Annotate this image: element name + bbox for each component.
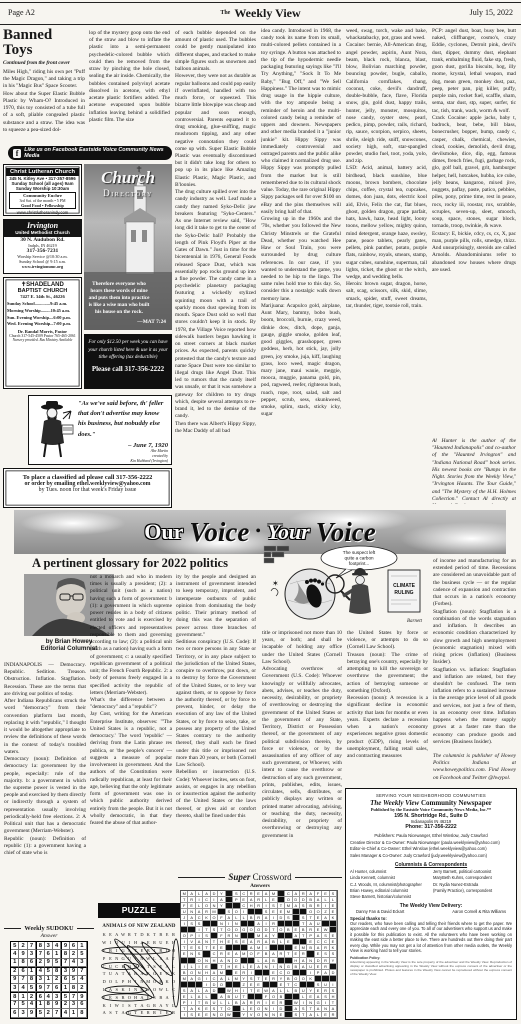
masthead-columnists-header: Columnists & Correspondents [350, 862, 512, 868]
listing-offer-line: For only $12.50 per week you can have [88, 339, 168, 347]
wordsearch-answer-block: ANIMALS OF NEW ZEALAND KEAWRTDKTBERWIOUI… [98, 924, 180, 1017]
columnists-right: Jerry Barnett, political cartoonistMaryB… [433, 869, 512, 901]
ad-abe-martin: "As we've said before, th' feller that d… [28, 395, 172, 465]
article-headline: Banned Toys [3, 28, 85, 58]
article-banned-toys-col6: PCP: angel dust, boat, busy bee, butt na… [432, 28, 516, 504]
delivery-left: Danny Fan & David Eckart [356, 909, 404, 914]
banner-your: Your [267, 519, 310, 545]
voice-text: of income and manufacturing for an exten… [433, 558, 516, 750]
sudoku-answer-block: Weekly SUDOKU Answer 5278349614937618251… [4, 925, 94, 1019]
facebook-icon: f [13, 149, 21, 158]
article-text: PCP: angel dust, boat, busy bee, butt na… [432, 28, 516, 436]
facebook-promo-label: Like us on Facebook Eastside Voice Commu… [24, 147, 167, 159]
ad-christ-lutheran: Christ Lutheran Church 345 N. Kitley Ave… [3, 164, 82, 216]
church-directory-title-caps: Directory [84, 188, 172, 198]
church-line: Sunday Worship 10:30am [6, 186, 79, 191]
church-subname: United Methodist Church [4, 230, 81, 235]
masthead-title-2: Community Newspaper [419, 799, 492, 807]
newspaper-nameplate: The Weekly View [0, 4, 521, 22]
author-note: Al Hunter is the author of the "Haunted … [432, 438, 516, 504]
crossword-title-rest: Crossword [253, 872, 292, 882]
sudoku-subtitle: Answer [4, 933, 94, 939]
sudoku-grid: 5278349614937618251862957432614583979783… [10, 941, 88, 1019]
ad-classified-info: To place a classified ad please call 317… [3, 468, 172, 508]
church-directory-title-script: Church [84, 168, 172, 188]
thanks-body: Our readers, who have been calling and t… [350, 921, 512, 954]
classified-line3: by Tues. noon for that week's Friday iss… [8, 487, 167, 493]
banner-dot: • [255, 523, 261, 541]
header-top-rule [0, 2, 521, 3]
svg-text:footprint...: footprint... [349, 561, 369, 566]
voice-col5: the United States by force or violence, … [347, 630, 428, 784]
classified-line1: To place a classified ad please call 317… [8, 474, 167, 481]
masthead-serving: SERVING YOUR NEIGHBORHOOD COMMUNITIES [350, 793, 512, 798]
church-address: 7427 E. 34th St., 46226 [7, 294, 78, 299]
voice-col4: title or imprisoned not more than 10 yea… [262, 630, 342, 866]
banner-voice-1: Voice [189, 517, 249, 548]
ad-church-listing-offer: For only $12.50 per week you can have yo… [84, 334, 172, 389]
crossword-grid: MALADYSCREAMCARAFESTRICIAPEARLEODDBALLFE… [180, 890, 338, 1019]
banner-our: Our [144, 519, 183, 545]
church-name: Irvington [4, 221, 81, 230]
voice-col1: INDIANAPOLIS — Democracy. Republic. Sedi… [4, 662, 86, 900]
newspaper-page: Page A2 The Weekly View July 15, 2022 Ba… [0, 0, 521, 1024]
crossword-title-super: Super [228, 872, 250, 882]
church-website: www.irvingtonumc.org [4, 264, 81, 269]
facebook-promo-bar: f Like us on Facebook Eastside Voice Com… [8, 146, 172, 160]
sudoku-title: Weekly SUDOKU [24, 925, 73, 932]
church-schedule: Sunday School..............9:45 a.m.Morn… [7, 301, 78, 328]
editorial-cartoon-image: ✶ The suspect left CLIMATE RULING Barnet… [262, 544, 428, 626]
article-banned-toys-col2: lop of the mystery goop onto the end of … [89, 30, 170, 142]
listing-offer-phone: Please call 317-356-2222 [88, 365, 168, 373]
church-directory-verse-ref: —MAT 7:24 [137, 319, 166, 325]
header-bottom-rule [0, 24, 521, 25]
article-continued-note: Continued from the front cover [3, 60, 85, 66]
article-banned-toys-col3: of each bubble depended on the amount of… [175, 30, 256, 504]
wordsearch-answer-circles [101, 931, 181, 1021]
masthead-box: SERVING YOUR NEIGHBORHOOD COMMUNITIES Th… [345, 788, 517, 1020]
church-directory-verse: Therefore everyone who hears these words… [88, 281, 150, 316]
voice-section-banner: Our Voice • Your Voice [14, 510, 506, 554]
abe-martin-credit: Kin Hubbard (Irvington) [78, 459, 168, 464]
svg-text:RULING: RULING [394, 590, 413, 596]
masthead-publishers: Publishers: Paula Nicewanger, Ethel Wins… [350, 833, 512, 838]
voice-col2: not a monarch and who in modern times is… [90, 574, 172, 900]
svg-text:The suspect left: The suspect left [343, 550, 376, 555]
issue-date: July 15, 2022 [470, 8, 513, 17]
cartoon-signature: Barnett [407, 619, 423, 624]
svg-text:CLIMATE: CLIMATE [393, 583, 416, 589]
svg-text:✶: ✶ [272, 579, 279, 588]
abe-martin-cartoon [32, 399, 74, 461]
columnist-tagline: The columnist is publisher of Howey Poli… [433, 753, 516, 789]
church-directory-graphic: Church Directory Therefore everyone who … [84, 164, 172, 330]
church-name: Christ Lutheran Church [6, 168, 79, 176]
nameplate-the: The [220, 10, 230, 16]
banner-voice-2: Voice [316, 517, 376, 548]
masthead-roles: Creative Director & Co-Owner: Paula Nice… [350, 840, 512, 859]
columnists-left: Al Hunter, columnistLinda Kennett, colum… [350, 869, 429, 901]
crossword-subtitle: Answers [178, 883, 342, 889]
editorial-cartoon: ✶ The suspect left CLIMATE RULING Barnet… [262, 544, 428, 626]
abe-martin-quote: "As we've said before, th' feller that d… [78, 399, 168, 440]
svg-text:quite a carbon: quite a carbon [344, 556, 374, 561]
church-website: www.christlutheranindy.com [6, 210, 79, 215]
ad-irvington-umc: Irvington United Methodist Church 30 N. … [3, 219, 82, 274]
wordsearch-title: ANIMALS OF NEW ZEALAND [98, 924, 180, 929]
masthead-title: The Weekly View [370, 799, 419, 807]
listing-offer-line: tithe offering (tax deductible) [88, 354, 168, 362]
church-note: Nursery provided. Bus Ministry Available [7, 338, 78, 342]
nameplate-title: Weekly View [234, 6, 300, 20]
voice-headline: A pertinent glossary for 2022 politics [0, 556, 260, 571]
ad-shadeland-baptist: ✝SHADELAND BAPTIST CHURCH 7427 E. 34th S… [3, 277, 82, 389]
listing-offer-line: your church listed here & use it as your [88, 347, 168, 355]
voice-col6: of income and manufacturing for an exten… [433, 558, 516, 789]
puzzle-answers-banner: PUZZLE ANSWERS [98, 903, 180, 918]
article-banned-toys-col5: weed, swag, torch, wake and bake, whacka… [346, 28, 427, 504]
masthead-published: Published by the Eastside Voice Communit… [350, 807, 512, 812]
church-euchre-line: Good Food • Fellowship [10, 203, 75, 208]
voice-col3: ity by the people and designed an instru… [176, 574, 256, 866]
masthead-phone: Phone: 317-356-2222 [350, 824, 512, 830]
article-banned-toys-col4: idea candy. Introduced in 1968, the cand… [261, 28, 341, 504]
crossword-answer-block: Super Crossword Answers MALADYSCREAMCARA… [178, 872, 342, 1021]
policy-body: Advertising appearing in the Weekly View… [350, 960, 512, 976]
abe-martin-date: – June 7, 1920 [78, 442, 168, 449]
delivery-right: Aaron Cornell & Rita Williams [452, 909, 506, 914]
